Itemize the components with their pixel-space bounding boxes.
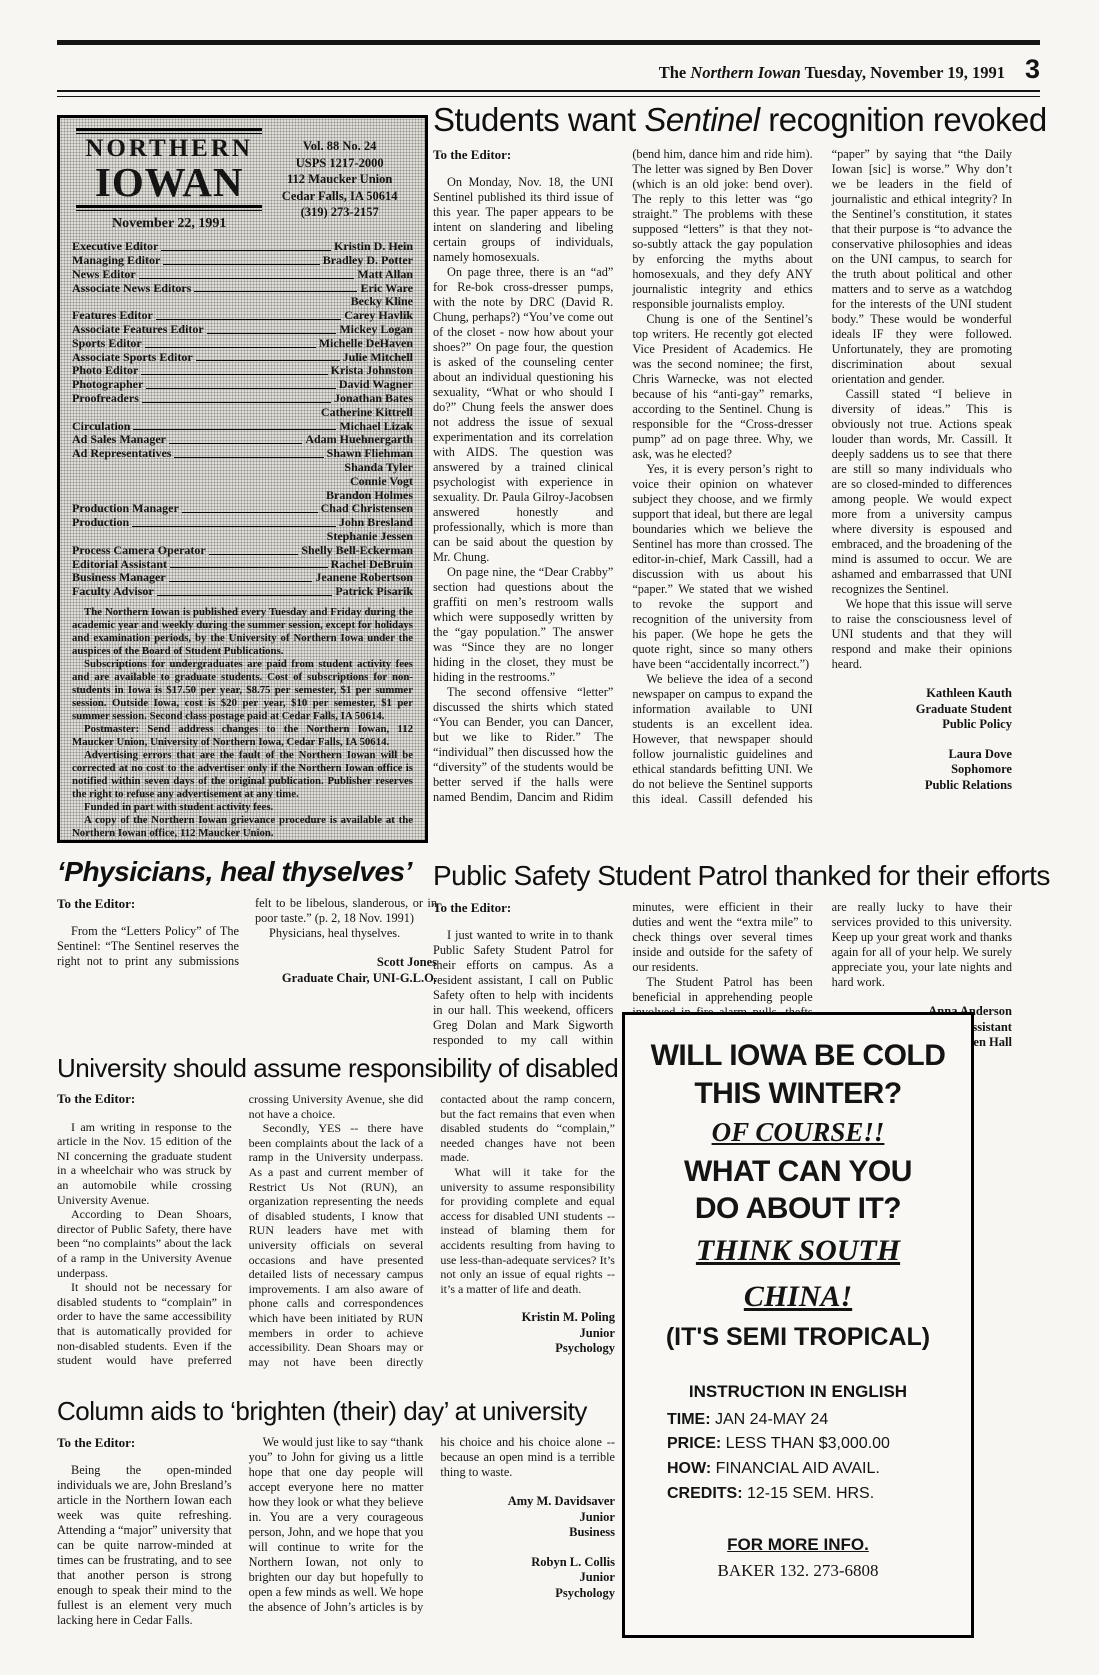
staff-name: Catherine Kittrell	[321, 406, 413, 420]
staff-row: Connie Vogt	[72, 475, 413, 489]
ad-detail-value: 12-15 SEM. HRS.	[743, 1485, 875, 1502]
header-rule	[57, 90, 1040, 97]
staff-list: Executive Editor Kristin D. Hein Managin…	[72, 240, 413, 599]
staff-name: Bradley D. Potter	[323, 254, 413, 268]
headline-italic: Sentinel	[644, 101, 759, 138]
staff-row: Faculty Advisor Patrick Pisarik	[72, 585, 413, 599]
staff-name: Becky Kline	[351, 295, 413, 309]
staff-name: Rachel DeBruin	[331, 558, 413, 572]
letter-paragraph: I am writing in response to the article …	[57, 1120, 232, 1208]
letter-paragraph: On Monday, Nov. 18, the UNI Sentinel pub…	[433, 175, 613, 265]
staff-row: Managing Editor Bradley D. Potter	[72, 254, 413, 268]
leader-line	[207, 333, 337, 334]
leader-line	[133, 429, 336, 430]
ad-semi-tropical: (IT'S SEMI TROPICAL)	[639, 1323, 957, 1352]
signature-detail: Public Relations	[832, 778, 1012, 794]
signature-name: Kristin M. Poling	[440, 1310, 615, 1326]
staff-name: Brandon Holmes	[326, 489, 413, 503]
staff-row: Production John Bresland	[72, 516, 413, 530]
staff-row: Catherine Kittrell	[72, 406, 413, 420]
signature-block: Amy M. Davidsaver Junior Business	[440, 1494, 615, 1541]
fine-print-paragraph: A copy of the Northern Iowan grievance p…	[72, 814, 413, 840]
staff-role: Production Manager	[72, 502, 179, 516]
signature-detail: Psychology	[440, 1586, 615, 1602]
staff-name: Shawn Fliehman	[327, 447, 413, 461]
staff-name: Kristin D. Hein	[334, 240, 413, 254]
staff-role: Managing Editor	[72, 254, 160, 268]
running-header: The Northern Iowan Tuesday, November 19,…	[500, 54, 1040, 85]
staff-name: Patrick Pisarik	[335, 585, 413, 599]
ad-do-about-it: DO ABOUT IT?	[639, 1190, 957, 1228]
staff-role: Production	[72, 516, 129, 530]
staff-name: Carey Havlik	[344, 309, 413, 323]
letter-paragraph: What will it take for the university to …	[440, 1165, 615, 1296]
ad-detail-label: PRICE:	[667, 1435, 721, 1452]
signature-block: Scott Jones Graduate Chair, UNI-G.L.O.	[255, 955, 437, 986]
folio-date: Tuesday, November 19, 1991	[801, 63, 1005, 82]
issue-info-line: USPS 1217-2000	[266, 155, 413, 172]
salutation: To the Editor:	[433, 147, 613, 162]
newspaper-page: The Northern Iowan Tuesday, November 19,…	[0, 0, 1099, 1675]
issue-info-line: (319) 273-2157	[266, 204, 413, 221]
staff-role: News Editor	[72, 268, 136, 282]
staff-row: Process Camera Operator Shelly Bell-Ecke…	[72, 544, 413, 558]
leader-line	[132, 526, 336, 527]
leader-line	[139, 278, 355, 279]
staff-role: Ad Representatives	[72, 447, 171, 461]
leader-line	[169, 443, 302, 444]
signature-detail: Business	[440, 1525, 615, 1541]
leader-line	[146, 388, 336, 389]
issue-info: Vol. 88 No. 24USPS 1217-2000112 Maucker …	[266, 126, 413, 232]
staff-role: Editorial Assistant	[72, 558, 167, 572]
staff-role: Ad Sales Manager	[72, 433, 166, 447]
salutation: To the Editor:	[57, 896, 239, 911]
headline-brighten: Column aids to ‘brighten (their) day’ at…	[57, 1396, 615, 1427]
staff-name: Mickey Logan	[339, 323, 413, 337]
ad-detail-value: LESS THAN $3,000.00	[721, 1435, 890, 1452]
staff-row: Circulation Michael Lizak	[72, 420, 413, 434]
letter-paragraph: On page three, there is an “ad” for Re-b…	[433, 265, 613, 565]
staff-name: Shanda Tyler	[344, 461, 413, 475]
leader-line	[182, 512, 318, 513]
signature-role: Junior	[440, 1570, 615, 1586]
leader-line	[194, 291, 357, 292]
staff-row: News Editor Matt Allan	[72, 268, 413, 282]
ad-detail-line: PRICE: LESS THAN $3,000.00	[667, 1432, 929, 1457]
ad-detail-value: JAN 24-MAY 24	[711, 1411, 829, 1428]
letter-sentinel-recognition: Students want Sentinel recognition revok…	[433, 101, 1012, 807]
staff-role: Process Camera Operator	[72, 544, 206, 558]
signature-role: Graduate Student	[832, 702, 1012, 718]
headline-post: recognition revoked	[760, 101, 1047, 138]
signature-name: Robyn L. Collis	[440, 1555, 615, 1571]
signature-block: Laura Dove Sophomore Public Relations	[832, 747, 1012, 794]
signature-role: Junior	[440, 1326, 615, 1342]
headline-pre: Students want	[433, 101, 644, 138]
staff-name: Jonathan Bates	[334, 392, 413, 406]
staff-role: Sports Editor	[72, 337, 142, 351]
signature-block: Kristin M. Poling Junior Psychology	[440, 1310, 615, 1357]
staff-role: Circulation	[72, 420, 130, 434]
ad-what-can-you: WHAT CAN YOU	[639, 1153, 957, 1191]
ad-think-south: THINK SOUTH	[639, 1228, 957, 1275]
fine-print-paragraph: Advertising errors that are the fault of…	[72, 749, 413, 801]
letter-paragraph: Chung is one of the Sentinel’s top write…	[632, 312, 812, 462]
leader-line	[174, 457, 323, 458]
staff-name: David Wagner	[339, 378, 413, 392]
ad-details: TIME: JAN 24-MAY 24 PRICE: LESS THAN $3,…	[667, 1408, 929, 1507]
staff-role: Proofreaders	[72, 392, 139, 406]
leader-line	[209, 554, 299, 555]
letter-body: To the Editor: Being the open-minded ind…	[57, 1435, 615, 1628]
staff-name: Julie Mitchell	[343, 351, 413, 365]
staff-row: Proofreaders Jonathan Bates	[72, 392, 413, 406]
staff-row: Stephanie Jessen	[72, 530, 413, 544]
staff-role: Associate Sports Editor	[72, 351, 193, 365]
staff-role: Photo Editor	[72, 364, 138, 378]
leader-line	[196, 360, 340, 361]
signature-role: Graduate Chair, UNI-G.L.O.	[255, 971, 437, 987]
staff-row: Associate Features Editor Mickey Logan	[72, 323, 413, 337]
staff-name: John Bresland	[339, 516, 413, 530]
staff-role: Photographer	[72, 378, 143, 392]
staff-name: Jeanene Robertson	[315, 571, 413, 585]
ad-instruction: INSTRUCTION IN ENGLISH	[639, 1382, 957, 1402]
issue-info-line: Cedar Falls, IA 50614	[266, 188, 413, 205]
issue-info-line: 112 Maucker Union	[266, 171, 413, 188]
staff-row: Production Manager Chad Christensen	[72, 502, 413, 516]
staff-row: Associate Sports Editor Julie Mitchell	[72, 351, 413, 365]
headline-sentinel: Students want Sentinel recognition revok…	[433, 101, 1012, 139]
ad-detail-value: FINANCIAL AID AVAIL.	[711, 1460, 880, 1477]
salutation: To the Editor:	[433, 900, 613, 915]
staff-name: Stephanie Jessen	[327, 530, 413, 544]
staff-row: Becky Kline	[72, 295, 413, 309]
ad-detail-line: TIME: JAN 24-MAY 24	[667, 1408, 929, 1433]
signature-block: Kathleen Kauth Graduate Student Public P…	[832, 686, 1012, 733]
fine-print-paragraph: Funded in part with student activity fee…	[72, 801, 413, 814]
salutation: To the Editor:	[57, 1092, 232, 1107]
ad-of-course: OF COURSE!!	[639, 1112, 957, 1153]
headline-physicians: ‘Physicians, heal thyselves’	[57, 856, 437, 888]
ad-detail-label: HOW:	[667, 1460, 711, 1477]
signature-role: Sophomore	[832, 762, 1012, 778]
staff-row: Editorial Assistant Rachel DeBruin	[72, 558, 413, 572]
letter-paragraph: We hope that this issue will serve to ra…	[832, 597, 1012, 672]
staff-name: Matt Allan	[357, 268, 413, 282]
letter-body: To the Editor: I am writing in response …	[57, 1092, 615, 1369]
letter-paragraph: On page nine, the “Dear Crabby” section …	[433, 565, 613, 685]
ad-detail-label: TIME:	[667, 1411, 711, 1428]
signature-name: Kathleen Kauth	[832, 686, 1012, 702]
leader-line	[156, 319, 341, 320]
staff-row: Associate News Editors Eric Ware	[72, 282, 413, 296]
leader-line	[161, 250, 331, 251]
ad-contact: BAKER 132. 273-6808	[639, 1561, 957, 1581]
masthead-box: NORTHERN IOWAN November 22, 1991 Vol. 88…	[57, 115, 428, 843]
salutation: To the Editor:	[57, 1435, 232, 1450]
leader-line	[145, 347, 316, 348]
headline-public-safety: Public Safety Student Patrol thanked for…	[433, 860, 1012, 892]
staff-row: Photo Editor Krista Johnston	[72, 364, 413, 378]
staff-row: Ad Representatives Shawn Fliehman	[72, 447, 413, 461]
leader-line	[141, 374, 327, 375]
masthead-fine-print: The Northern Iowan is published every Tu…	[72, 606, 413, 840]
staff-name: Michael Lizak	[339, 420, 413, 434]
logo-line-iowan: IOWAN	[72, 162, 266, 203]
staff-name: Eric Ware	[360, 282, 413, 296]
leader-line	[163, 264, 319, 265]
staff-role: Business Manager	[72, 571, 166, 585]
ad-china: CHINA!	[639, 1274, 957, 1321]
staff-role: Faculty Advisor	[72, 585, 154, 599]
staff-name: Shelly Bell-Eckerman	[301, 544, 413, 558]
ad-headline-line1: WILL IOWA BE COLD	[639, 1037, 957, 1075]
staff-name: Connie Vogt	[350, 475, 413, 489]
edition-date: November 22, 1991	[72, 216, 266, 232]
staff-row: Brandon Holmes	[72, 489, 413, 503]
signature-detail: Psychology	[440, 1341, 615, 1357]
letter-paragraph: Physicians, heal thyselves.	[255, 926, 437, 941]
letter-paragraph: Yes, it is every person’s right to voice…	[632, 462, 812, 672]
south-china-advertisement: WILL IOWA BE COLD THIS WINTER? OF COURSE…	[622, 1012, 974, 1638]
staff-row: Ad Sales Manager Adam Huehnergarth	[72, 433, 413, 447]
logo-rule-top	[76, 128, 262, 134]
staff-name: Adam Huehnergarth	[305, 433, 413, 447]
letter-paragraph: Being the open-minded individuals we are…	[57, 1463, 232, 1628]
staff-row: Features Editor Carey Havlik	[72, 309, 413, 323]
letter-disabled-responsibility: University should assume responsibility …	[57, 1053, 615, 1369]
staff-name: Michelle DeHaven	[319, 337, 413, 351]
signature-block: Robyn L. Collis Junior Psychology	[440, 1555, 615, 1602]
ad-more-info: FOR MORE INFO.	[639, 1535, 957, 1555]
staff-row: Shanda Tyler	[72, 461, 413, 475]
letter-physicians: ‘Physicians, heal thyselves’ To the Edit…	[57, 856, 437, 986]
signature-role: Junior	[440, 1510, 615, 1526]
newspaper-logo: NORTHERN IOWAN November 22, 1991	[72, 126, 266, 232]
letter-paragraph: According to Dean Shoars, director of Pu…	[57, 1207, 232, 1280]
staff-role: Associate Features Editor	[72, 323, 204, 337]
ad-detail-line: HOW: FINANCIAL AID AVAIL.	[667, 1457, 929, 1482]
ad-headline-line2: THIS WINTER?	[639, 1075, 957, 1113]
folio-line: The Northern Iowan Tuesday, November 19,…	[659, 63, 1005, 83]
folio-pre: The	[659, 63, 691, 82]
staff-row: Photographer David Wagner	[72, 378, 413, 392]
issue-info-line: Vol. 88 No. 24	[266, 138, 413, 155]
top-rule	[57, 40, 1040, 45]
fine-print-paragraph: The Northern Iowan is published every Tu…	[72, 606, 413, 658]
letter-body: To the Editor: From the “Letters Policy”…	[57, 896, 437, 986]
signature-detail: Public Policy	[832, 717, 1012, 733]
staff-row: Sports Editor Michelle DeHaven	[72, 337, 413, 351]
leader-line	[157, 595, 333, 596]
letter-body: To the Editor: On Monday, Nov. 18, the U…	[433, 147, 1012, 807]
ad-detail-label: CREDITS:	[667, 1485, 743, 1502]
signature-name: Laura Dove	[832, 747, 1012, 763]
staff-role: Associate News Editors	[72, 282, 191, 296]
headline-disabled: University should assume responsibility …	[57, 1053, 615, 1084]
logo-rule-bottom	[76, 205, 262, 211]
letter-brighten-day: Column aids to ‘brighten (their) day’ at…	[57, 1396, 615, 1628]
signature-name: Scott Jones	[255, 955, 437, 971]
leader-line	[170, 567, 328, 568]
page-number: 3	[1025, 54, 1040, 85]
staff-role: Executive Editor	[72, 240, 158, 254]
fine-print-paragraph: Subscriptions for undergraduates are pai…	[72, 658, 413, 723]
staff-name: Krista Johnston	[331, 364, 413, 378]
fine-print-paragraph: Postmaster: Send address changes to the …	[72, 723, 413, 749]
leader-line	[142, 402, 331, 403]
ad-detail-line: CREDITS: 12-15 SEM. HRS.	[667, 1482, 929, 1507]
staff-row: Business Manager Jeanene Robertson	[72, 571, 413, 585]
signature-name: Amy M. Davidsaver	[440, 1494, 615, 1510]
leader-line	[169, 581, 313, 582]
letter-paragraph: Cassill stated “I believe in diversity o…	[832, 387, 1012, 597]
staff-row: Executive Editor Kristin D. Hein	[72, 240, 413, 254]
staff-name: Chad Christensen	[321, 502, 413, 516]
paper-name: Northern Iowan	[690, 63, 801, 82]
staff-role: Features Editor	[72, 309, 153, 323]
